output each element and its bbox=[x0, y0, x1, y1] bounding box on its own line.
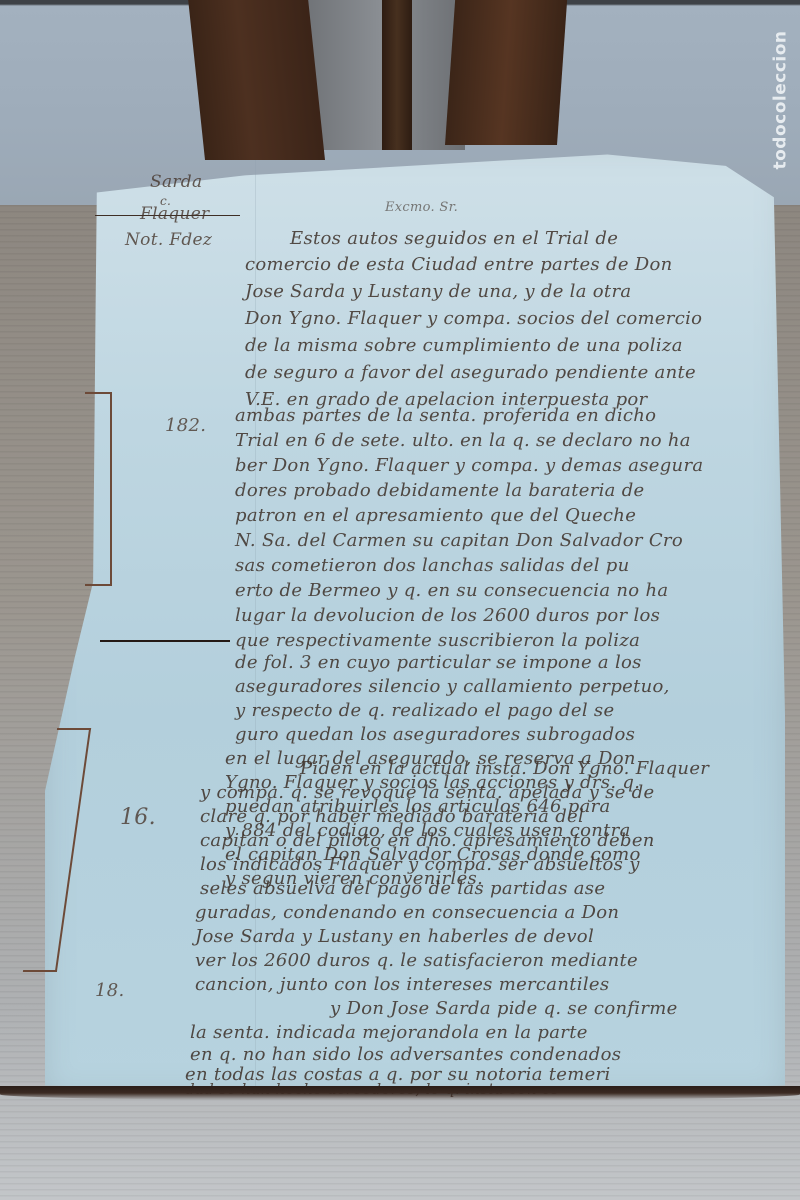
text-line: patron en el apresamiento que del Queche bbox=[235, 505, 636, 526]
text-line: de seguro a favor del asegurado pendient… bbox=[245, 362, 696, 383]
text-line: guradas, condenando en consecuencia a Do… bbox=[195, 902, 619, 923]
text-line: capitan o del piloto en dho. apresamient… bbox=[200, 830, 655, 851]
side-number: 16. bbox=[120, 805, 156, 830]
text-line: en q. no han sido los adversantes conden… bbox=[190, 1044, 621, 1065]
margin-bracket-mark bbox=[85, 392, 112, 586]
watermark: todocoleccion bbox=[768, 20, 794, 180]
margin-dash-mark bbox=[100, 640, 230, 642]
watermark-text: todocoleccion bbox=[771, 30, 791, 169]
text-line: que respectivamente suscribieron la poli… bbox=[235, 630, 640, 651]
text-line: lugar la devolucion de los 2600 duros po… bbox=[235, 605, 660, 626]
wooden-stand-right-leg bbox=[445, 0, 567, 145]
text-line: los indicados Flaquer y compa. ser absue… bbox=[200, 854, 640, 875]
text-line: Trial en 6 de sete. ulto. en la q. se de… bbox=[235, 430, 691, 451]
text-line: erto de Bermeo y q. en su consecuencia n… bbox=[235, 580, 668, 601]
text-line: la senta. indicada mejorandola en la par… bbox=[190, 1022, 588, 1043]
text-line: y respecto de q. realizado el pago del s… bbox=[235, 700, 614, 721]
side-number: 182. bbox=[165, 415, 206, 436]
text-line: cancion, junto con los intereses mercant… bbox=[195, 974, 609, 995]
margin-note: Flaquer bbox=[140, 204, 210, 224]
text-line: Estos autos seguidos en el Trial de bbox=[290, 228, 618, 249]
text-line: clare q. por haber mediado barateria del bbox=[200, 806, 584, 827]
text-line: ver los 2600 duros q. le satisfacieron m… bbox=[195, 950, 638, 971]
text-line: Jose Sarda y Lustany en haberles de devo… bbox=[195, 926, 594, 947]
side-number: 18. bbox=[95, 980, 125, 1001]
text-line: comercio de esta Ciudad entre partes de … bbox=[245, 254, 673, 275]
wooden-stand-center-bar bbox=[382, 0, 412, 150]
text-line: de la misma sobre cumplimiento de una po… bbox=[245, 335, 683, 356]
text-line: N. Sa. del Carmen su capitan Don Salvado… bbox=[235, 530, 683, 551]
text-line: y Don Jose Sarda pide q. se confirme bbox=[330, 998, 678, 1019]
text-line: dores probado debidamente la barateria d… bbox=[235, 480, 644, 501]
paper-bottom-edge bbox=[0, 1086, 800, 1100]
text-line: guro quedan los aseguradores subrogados bbox=[235, 724, 635, 745]
text-line: sas cometieron dos lanchas salidas del p… bbox=[235, 555, 630, 576]
text-line: ambas partes de la senta. proferida en d… bbox=[235, 405, 656, 426]
text-line: Piden en la actual insta. Don Ygno. Flaq… bbox=[300, 758, 709, 779]
text-line: de fol. 3 en cuyo particular se impone a… bbox=[235, 652, 642, 673]
margin-note: Sarda bbox=[150, 172, 202, 192]
text-line: y compa. q. se revoque la senta. apelada… bbox=[200, 782, 654, 803]
wooden-stand-left-leg bbox=[188, 0, 325, 160]
text-line: Don Ygno. Flaquer y compa. socios del co… bbox=[245, 308, 702, 329]
margin-note: Not. Fdez bbox=[125, 230, 212, 250]
salutation: Excmo. Sr. bbox=[385, 200, 458, 215]
text-line: aseguradores silencio y callamiento perp… bbox=[235, 676, 670, 697]
text-line: Jose Sarda y Lustany de una, y de la otr… bbox=[245, 281, 631, 302]
text-line: seles absuelva del pago de las partidas … bbox=[200, 878, 605, 899]
text-line: ber Don Ygno. Flaquer y compa. y demas a… bbox=[235, 455, 703, 476]
